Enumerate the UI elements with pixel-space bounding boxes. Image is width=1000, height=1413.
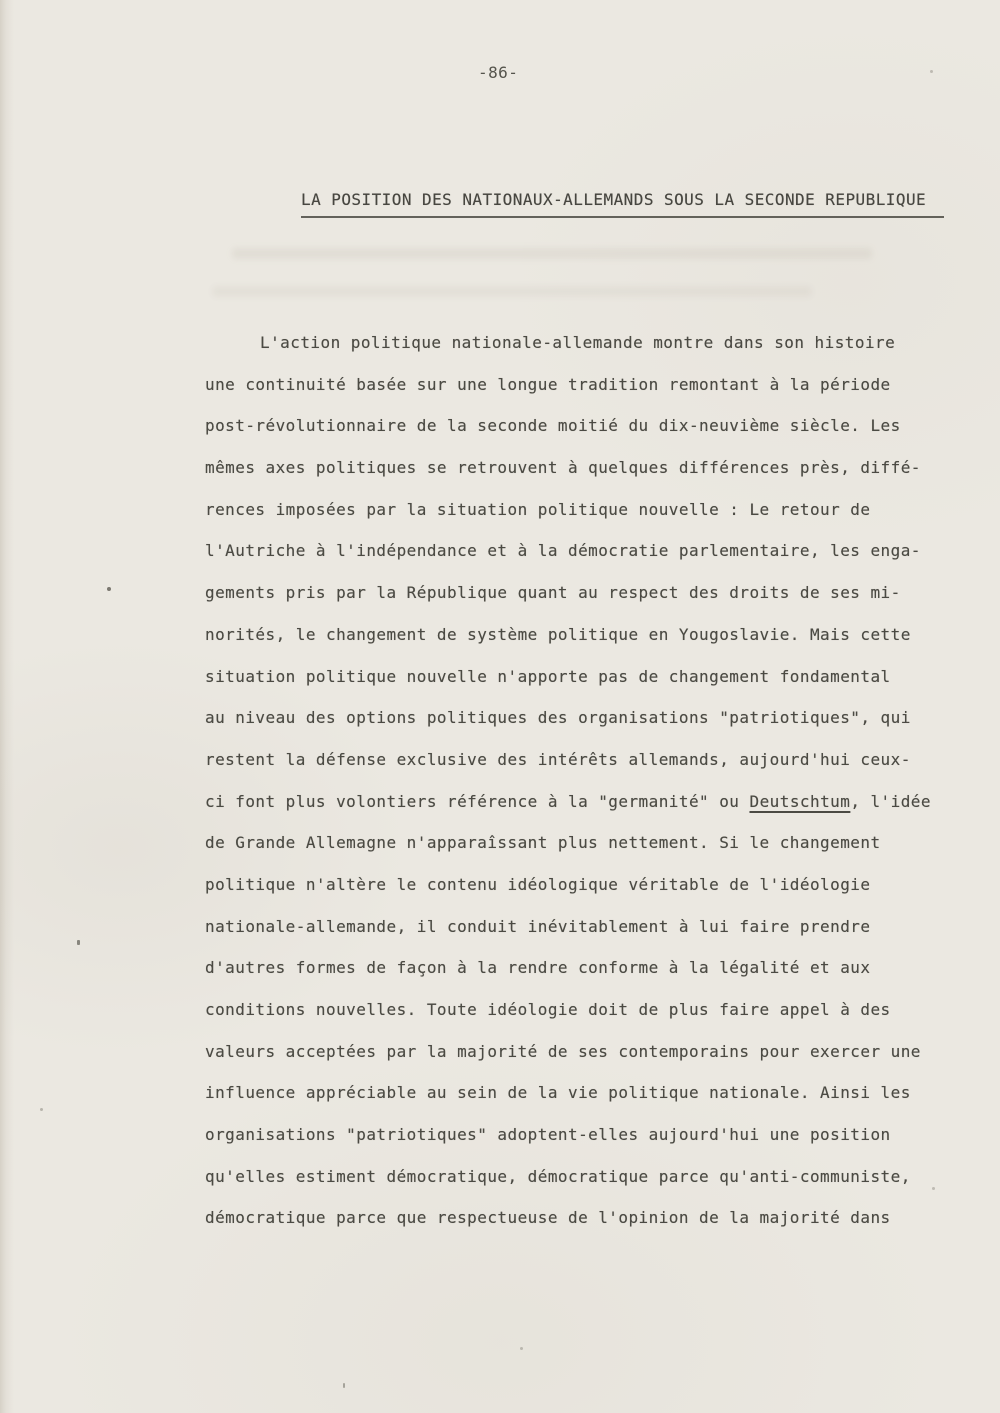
title-block: LA POSITION DES NATIONAUX-ALLEMANDS SOUS… bbox=[301, 190, 944, 218]
text-line: L'action politique nationale-allemande m… bbox=[205, 322, 965, 364]
text-line: mêmes axes politiques se retrouvent à qu… bbox=[205, 447, 965, 489]
bleed-through-ghost-text bbox=[232, 248, 872, 259]
text-line: politique n'altère le contenu idéologiqu… bbox=[205, 864, 965, 906]
paper-speck bbox=[932, 1187, 935, 1190]
text-line: rences imposées par la situation politiq… bbox=[205, 489, 965, 531]
paper-speck bbox=[77, 940, 80, 945]
text-line: nationale-allemande, il conduit inévitab… bbox=[205, 906, 965, 948]
paper-speck bbox=[40, 1108, 43, 1111]
text-line: valeurs acceptées par la majorité de ses… bbox=[205, 1031, 965, 1073]
text-line: organisations "patriotiques" adoptent-el… bbox=[205, 1114, 965, 1156]
text-line: de Grande Allemagne n'apparaîssant plus … bbox=[205, 822, 965, 864]
text-line: qu'elles estiment démocratique, démocrat… bbox=[205, 1156, 965, 1198]
body-text: L'action politique nationale-allemande m… bbox=[205, 322, 965, 1239]
paper-speck bbox=[107, 587, 111, 591]
document-page: -86- LA POSITION DES NATIONAUX-ALLEMANDS… bbox=[0, 0, 1000, 1413]
page-number: -86- bbox=[478, 63, 518, 82]
text-line: post-révolutionnaire de la seconde moiti… bbox=[205, 405, 965, 447]
text-line: situation politique nouvelle n'apporte p… bbox=[205, 656, 965, 698]
text-line: influence appréciable au sein de la vie … bbox=[205, 1072, 965, 1114]
text-line: restent la défense exclusive des intérêt… bbox=[205, 739, 965, 781]
text-line: démocratique parce que respectueuse de l… bbox=[205, 1197, 965, 1239]
underlined-term: Deutschtum bbox=[749, 792, 850, 811]
text-line: au niveau des options politiques des org… bbox=[205, 697, 965, 739]
text-line: gements pris par la République quant au … bbox=[205, 572, 965, 614]
bleed-through-ghost-text bbox=[212, 286, 812, 297]
text-line: norités, le changement de système politi… bbox=[205, 614, 965, 656]
paper-speck bbox=[343, 1383, 345, 1388]
text-line: l'Autriche à l'indépendance et à la démo… bbox=[205, 530, 965, 572]
text-line: d'autres formes de façon à la rendre con… bbox=[205, 947, 965, 989]
paper-speck bbox=[520, 1347, 523, 1350]
paper-speck bbox=[930, 70, 933, 73]
text-line: ci font plus volontiers référence à la "… bbox=[205, 781, 965, 823]
title-underline-rule bbox=[301, 216, 944, 218]
document-title: LA POSITION DES NATIONAUX-ALLEMANDS SOUS… bbox=[301, 190, 944, 209]
text-line: conditions nouvelles. Toute idéologie do… bbox=[205, 989, 965, 1031]
text-line: une continuité basée sur une longue trad… bbox=[205, 364, 965, 406]
